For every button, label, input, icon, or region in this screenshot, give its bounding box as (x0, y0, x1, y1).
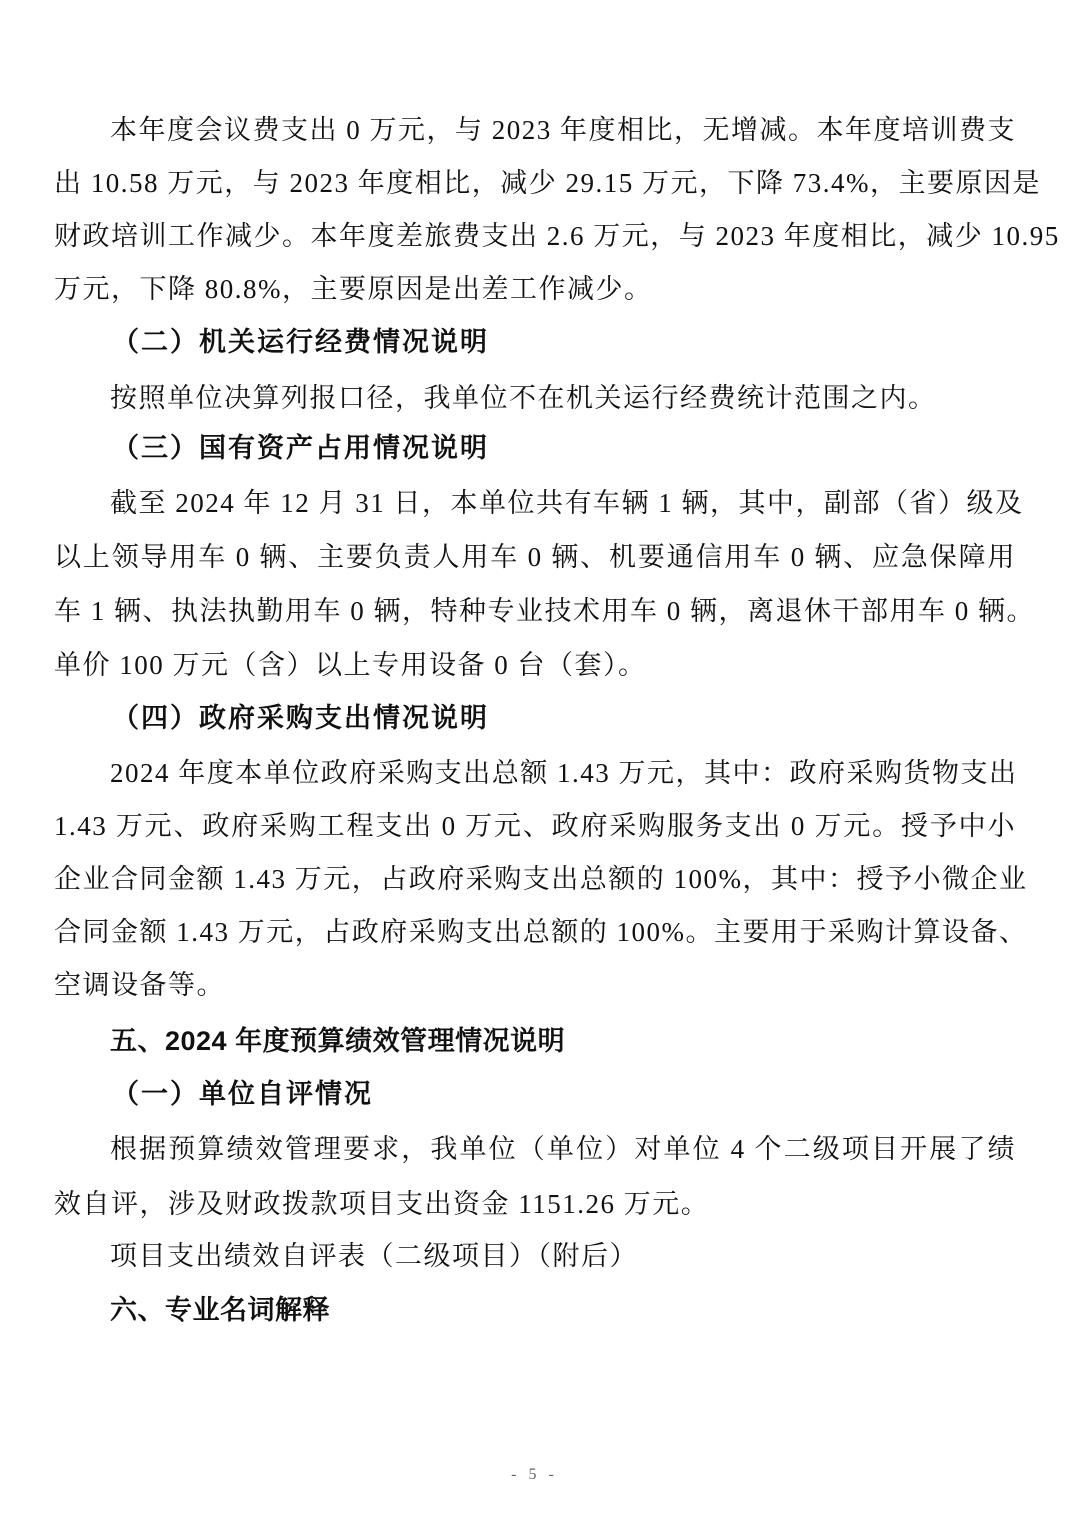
section-heading: （四）政府采购支出情况说明 (112, 698, 1069, 738)
paragraph-text: 出 10.58 万元，与 2023 年度相比，减少 29.15 万元，下降 73… (54, 163, 1016, 203)
paragraph-text: 合同金额 1.43 万元，占政府采购支出总额的 100%。主要用于采购计算设备、 (54, 912, 1016, 952)
paragraph-text: 空调设备等。 (54, 965, 1016, 1005)
paragraph-text: 万元，下降 80.8%，主要原因是出差工作减少。 (54, 269, 1016, 309)
paragraph-text: 以上领导用车 0 辆、主要负责人用车 0 辆、机要通信用车 0 辆、应急保障用 (54, 537, 1016, 577)
paragraph-text: 财政培训工作减少。本年度差旅费支出 2.6 万元，与 2023 年度相比，减少 … (54, 216, 1016, 256)
page-number: - 5 - (0, 1466, 1069, 1484)
paragraph-text: 根据预算绩效管理要求，我单位（单位）对单位 4 个二级项目开展了绩 (110, 1129, 1016, 1169)
paragraph-text: 单价 100 万元（含）以上专用设备 0 台（套）。 (54, 645, 1016, 685)
paragraph-text: 按照单位决算列报口径，我单位不在机关运行经费统计范围之内。 (110, 378, 1016, 418)
paragraph-text: 本年度会议费支出 0 万元，与 2023 年度相比，无增减。本年度培训费支 (110, 110, 1016, 150)
section-heading: （一）单位自评情况 (112, 1074, 1069, 1114)
paragraph-text: 1.43 万元、政府采购工程支出 0 万元、政府采购服务支出 0 万元。授予中小 (54, 806, 1016, 846)
chapter-heading: 六、专业名词解释 (110, 1290, 1069, 1330)
chapter-heading: 五、2024 年度预算绩效管理情况说明 (110, 1021, 1069, 1061)
section-heading: （三）国有资产占用情况说明 (112, 428, 1069, 468)
paragraph-text: 企业合同金额 1.43 万元，占政府采购支出总额的 100%，其中：授予小微企业 (54, 859, 1016, 899)
paragraph-text: 车 1 辆、执法执勤用车 0 辆，特种专业技术用车 0 辆，离退休干部用车 0 … (54, 591, 1016, 631)
attachment-note: 项目支出绩效自评表（二级项目）（附后） (110, 1236, 1069, 1276)
document-page: 本年度会议费支出 0 万元，与 2023 年度相比，无增减。本年度培训费支 出 … (0, 0, 1069, 1515)
section-heading: （二）机关运行经费情况说明 (112, 322, 1069, 362)
paragraph-text: 2024 年度本单位政府采购支出总额 1.43 万元，其中：政府采购货物支出 (110, 753, 1016, 793)
paragraph-text: 效自评，涉及财政拨款项目支出资金 1151.26 万元。 (54, 1184, 1016, 1224)
paragraph-text: 截至 2024 年 12 月 31 日，本单位共有车辆 1 辆，其中，副部（省）… (110, 483, 1016, 523)
